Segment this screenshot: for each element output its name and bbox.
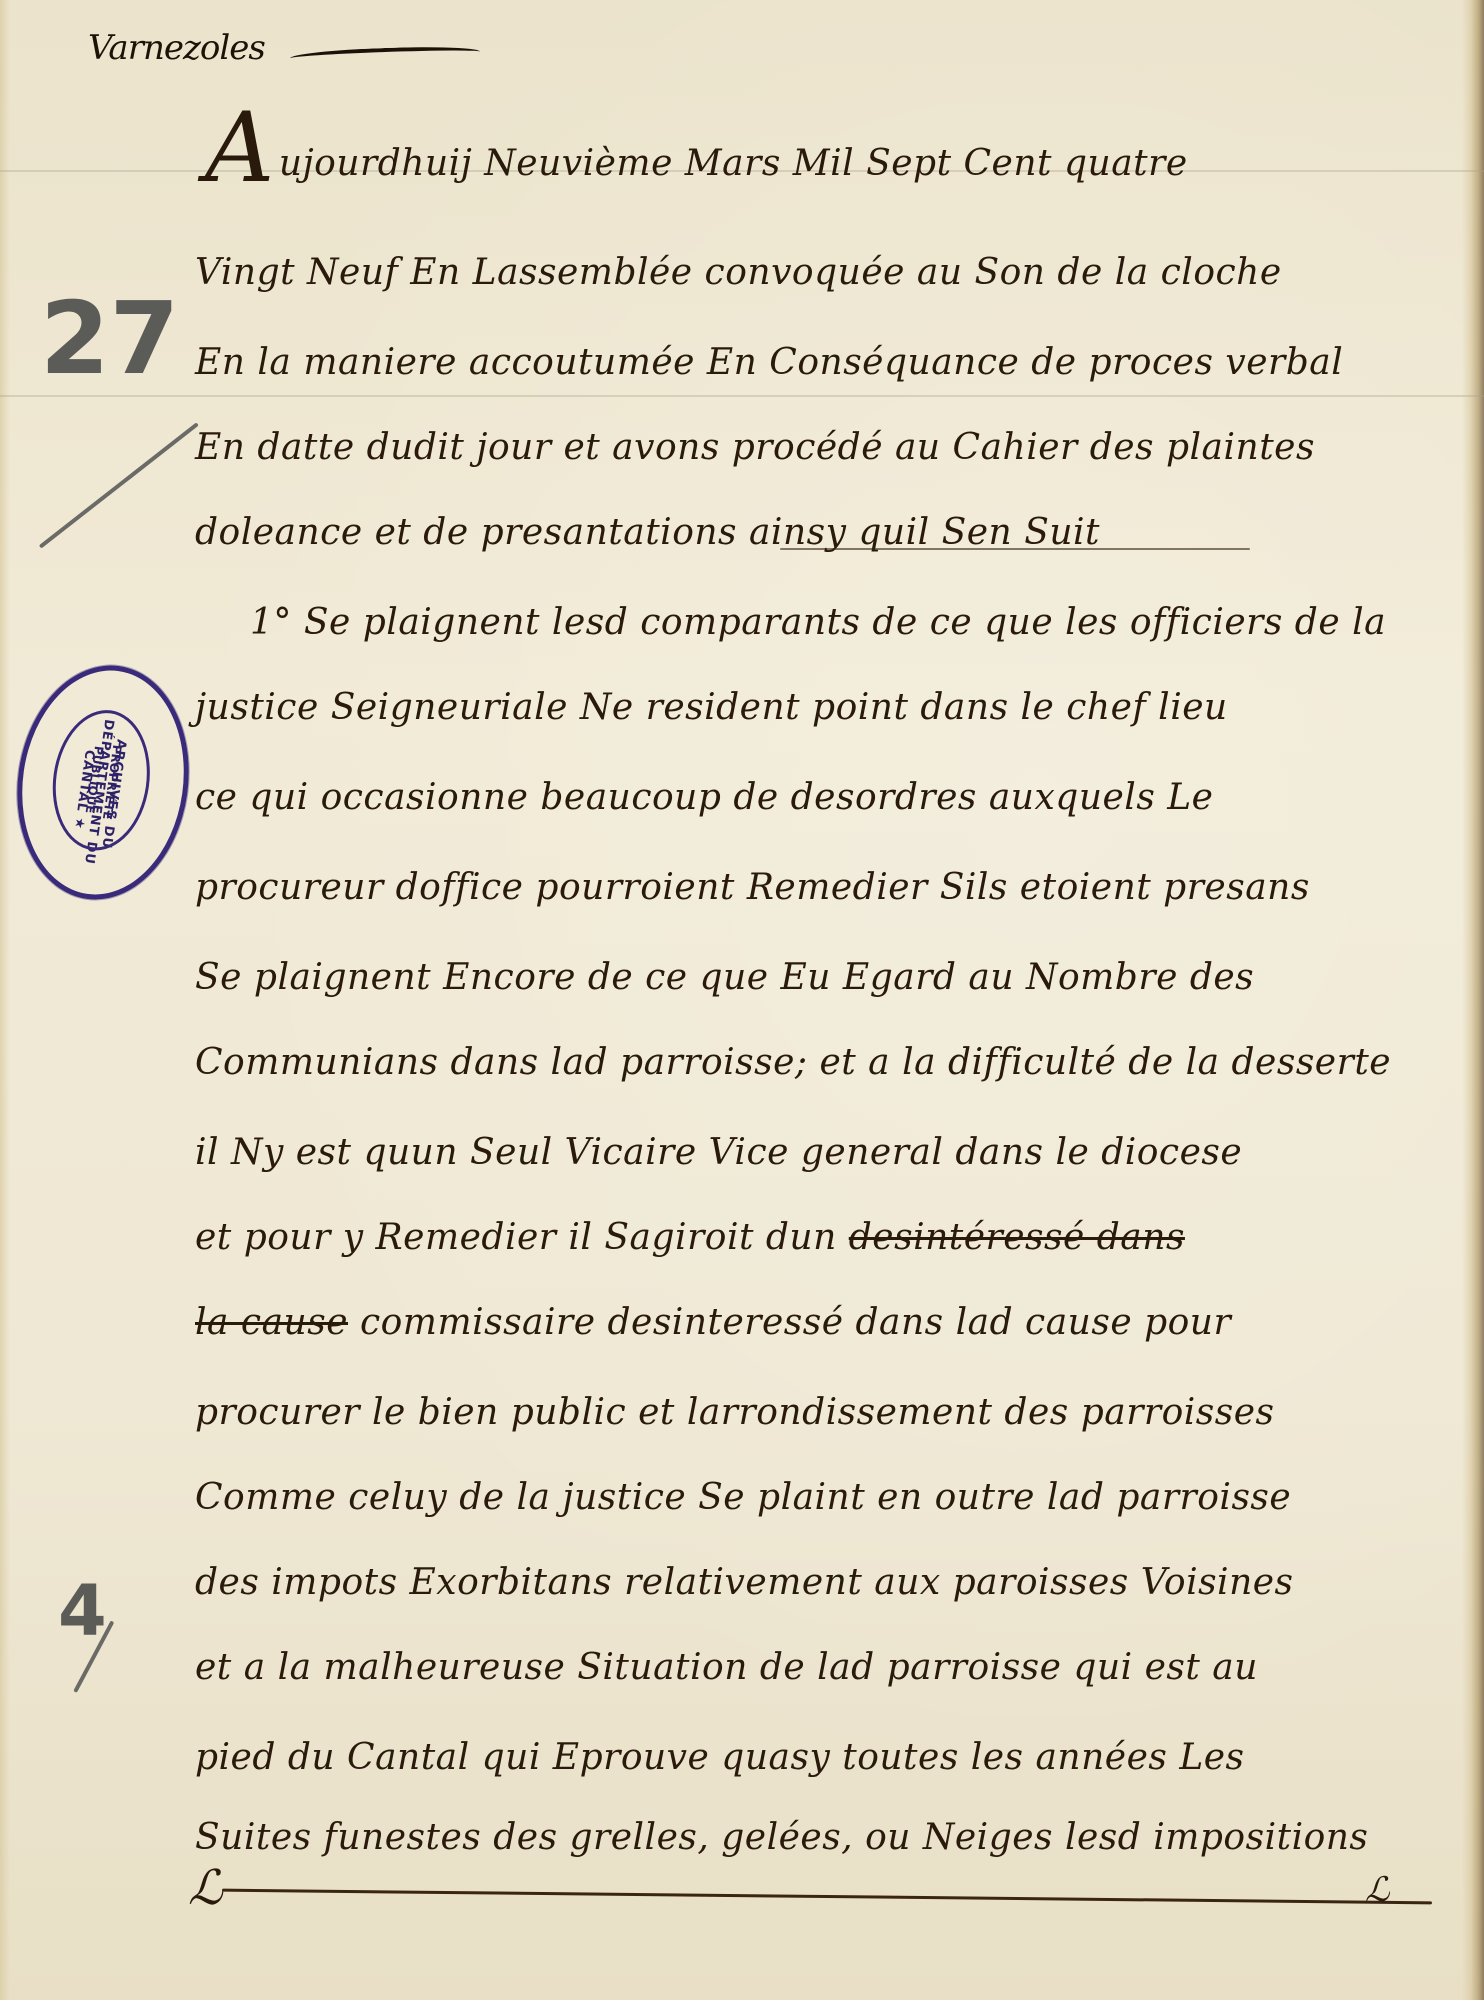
header-signature: Varnezoles [88, 28, 265, 68]
drop-cap: A [205, 92, 275, 204]
line-text: procureur doffice pourroient Remedier Si… [195, 867, 1310, 908]
manuscript-line: procurer le bien public et larrondisseme… [195, 1395, 1454, 1431]
line-text: commissaire desinteressé dans lad cause … [360, 1302, 1231, 1343]
pencil-slash-mark [39, 422, 199, 548]
manuscript-line: des impots Exorbitans relativement aux p… [195, 1565, 1454, 1601]
manuscript-line: pied du Cantal qui Eprouve quasy toutes … [195, 1740, 1454, 1776]
line-end-rule [780, 548, 1250, 550]
manuscript-line: la cause commissaire desinteressé dans l… [195, 1305, 1454, 1341]
line-text: et a la malheureuse Situation de lad par… [195, 1647, 1258, 1688]
manuscript-line: En datte dudit jour et avons procédé au … [195, 430, 1454, 466]
line-text: et pour y Remedier il Sagiroit dun [195, 1217, 837, 1258]
manuscript-line: et a la malheureuse Situation de lad par… [195, 1650, 1454, 1686]
manuscript-line: 1° Se plaignent lesd comparants de ce qu… [250, 605, 1454, 641]
line-text: ujourdhuij Neuvième Mars Mil Sept Cent q… [279, 143, 1188, 184]
manuscript-line: Se plaignent Encore de ce que Eu Egard a… [195, 960, 1454, 996]
manuscript-line: doleance et de presantations ainsy quil … [195, 515, 1454, 551]
stamp-inner-ring: PROPRIÉTÉ PUBLIQUE [44, 704, 159, 857]
manuscript-line: procureur doffice pourroient Remedier Si… [195, 870, 1454, 906]
line-text: procurer le bien public et larrondisseme… [195, 1392, 1275, 1433]
line-text: Se plaignent Encore de ce que Eu Egard a… [195, 957, 1254, 998]
manuscript-line: Suites funestes des grelles, gelées, ou … [195, 1820, 1454, 1856]
line-text: En la maniere accoutumée En Conséquance … [195, 342, 1343, 383]
line-text: pied du Cantal qui Eprouve quasy toutes … [195, 1737, 1245, 1778]
line-text: 1° Se plaignent lesd comparants de ce qu… [250, 602, 1386, 643]
closing-rule [222, 1889, 1432, 1905]
paraph-mark-left: ℒ [188, 1860, 223, 1916]
line-text: il Ny est quun Seul Vicaire Vice general… [195, 1132, 1242, 1173]
struck-text: la cause [195, 1302, 348, 1343]
paper-edge-left [0, 0, 10, 2000]
manuscript-line: justice Seigneuriale Ne resident point d… [195, 690, 1454, 726]
manuscript-line: et pour y Remedier il Sagiroit dun desin… [195, 1220, 1454, 1256]
line-text: doleance et de presantations ainsy quil … [195, 512, 1100, 553]
manuscript-line: En la maniere accoutumée En Conséquance … [195, 345, 1454, 381]
manuscript-page: Varnezoles 27 4 ARCHIVES DU DÉPARTEMENT … [0, 0, 1484, 2000]
manuscript-line: Communians dans lad parroisse; et a la d… [195, 1045, 1454, 1081]
manuscript-line: il Ny est quun Seul Vicaire Vice general… [195, 1135, 1454, 1171]
line-text: En datte dudit jour et avons procédé au … [195, 427, 1315, 468]
line-text: Suites funestes des grelles, gelées, ou … [195, 1817, 1368, 1858]
line-text: Communians dans lad parroisse; et a la d… [195, 1042, 1391, 1083]
paper-crease [0, 395, 1484, 397]
stamp-center-text: PROPRIÉTÉ PUBLIQUE [75, 733, 127, 828]
struck-text: desintéressé dans [849, 1217, 1185, 1258]
line-text: des impots Exorbitans relativement aux p… [195, 1562, 1294, 1603]
manuscript-line: Aujourdhuij Neuvième Mars Mil Sept Cent … [205, 100, 1454, 196]
margin-folio-number: 27 [40, 280, 179, 397]
signature-flourish [290, 45, 480, 66]
archive-stamp: ARCHIVES DU DÉPARTEMENT DU CANTAL ★ PROP… [2, 654, 203, 910]
manuscript-line: Vingt Neuf En Lassemblée convoquée au So… [195, 255, 1454, 291]
paraph-mark-right: ℒ [1365, 1870, 1390, 1910]
line-text: Comme celuy de la justice Se plaint en o… [195, 1477, 1291, 1518]
manuscript-line: Comme celuy de la justice Se plaint en o… [195, 1480, 1454, 1516]
line-text: justice Seigneuriale Ne resident point d… [195, 687, 1228, 728]
line-text: Vingt Neuf En Lassemblée convoquée au So… [195, 252, 1282, 293]
paper-edge-right [1462, 0, 1484, 2000]
line-text: ce qui occasionne beaucoup de desordres … [195, 777, 1213, 818]
manuscript-line: ce qui occasionne beaucoup de desordres … [195, 780, 1454, 816]
